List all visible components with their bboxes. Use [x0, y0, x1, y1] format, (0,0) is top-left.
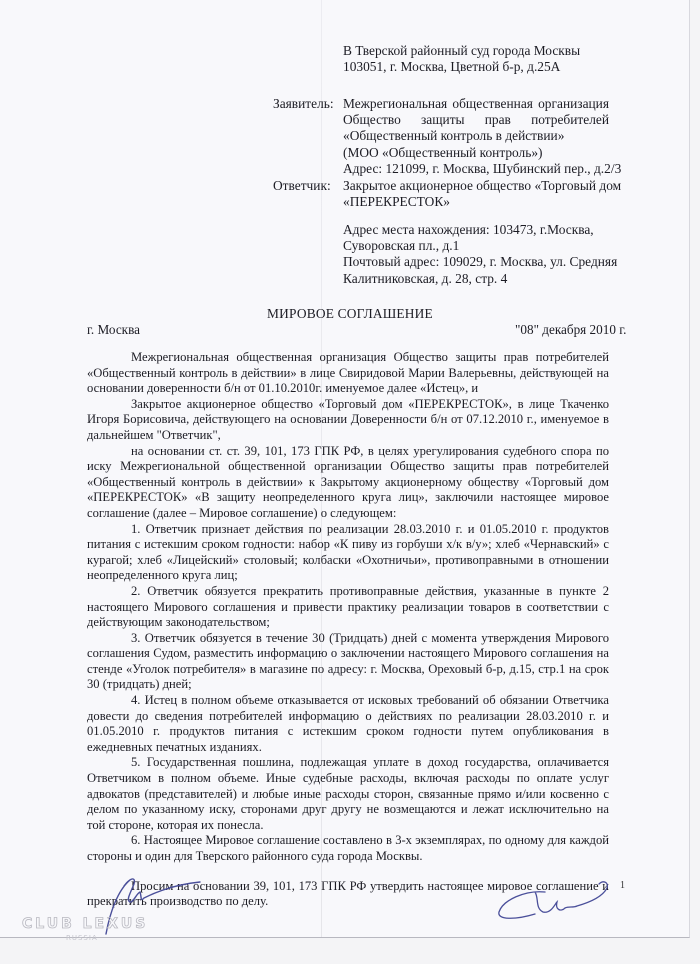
clause-2: 2. Ответчик обязуется прекратить противо… [87, 584, 609, 631]
respondent-name-block: Закрытое акционерное общество «Торговый … [343, 178, 643, 210]
clause-4: 4. Истец в полном объеме отказывается от… [87, 693, 609, 755]
paragraph-defendant: Закрытое акционерное общество «Торговый … [87, 397, 609, 444]
clause-5: 5. Государственная пошлина, подлежащая у… [87, 755, 609, 833]
respondent-address-line: Калитниковская, д. 28, стр. 4 [343, 271, 643, 287]
applicant-line: Межрегиональная общественная организация [343, 96, 609, 112]
court-address: 103051, г. Москва, Цветной б-р, д.25А [343, 59, 580, 75]
respondent-label: Ответчик: [273, 178, 331, 194]
respondent-name-line: Закрытое акционерное общество «Торговый … [343, 178, 643, 194]
document-title: МИРОВОЕ СОГЛАШЕНИЕ [0, 306, 700, 322]
respondent-address-line: Адрес места нахождения: 103473, г.Москва… [343, 222, 643, 238]
document-date: "08" декабря 2010 г. [515, 322, 626, 338]
page-number: 1 [620, 880, 625, 891]
document-place: г. Москва [87, 322, 140, 338]
applicant-address: Адрес: 121099, г. Москва, Шубинский пер.… [343, 161, 609, 177]
applicant-line: (МОО «Общественный контроль») [343, 145, 609, 161]
paragraph-plaintiff: Межрегиональная общественная организация… [87, 350, 609, 397]
respondent-address-line: Суворовская пл., д.1 [343, 238, 643, 254]
closing-request: Просим на основании 39, 101, 173 ГПК РФ … [87, 879, 609, 910]
document-body: Межрегиональная общественная организация… [87, 350, 609, 910]
document-page: В Тверской районный суд города Москвы 10… [0, 0, 690, 938]
applicant-label: Заявитель: [273, 96, 334, 112]
respondent-address-block: Адрес места нахождения: 103473, г.Москва… [343, 222, 643, 287]
applicant-block: Межрегиональная общественная организация… [343, 96, 609, 177]
court-address-block: В Тверской районный суд города Москвы 10… [343, 43, 580, 75]
applicant-line: «Общественный контроль в действии» [343, 128, 609, 144]
respondent-name-line: «ПЕРЕКРЕСТОК» [343, 194, 643, 210]
clause-3: 3. Ответчик обязуется в течение 30 (Трид… [87, 631, 609, 693]
respondent-address-line: Почтовый адрес: 109029, г. Москва, ул. С… [343, 254, 643, 270]
watermark-logo: CLUB LEXUS [22, 916, 148, 932]
clause-6: 6. Настоящее Мировое соглашение составле… [87, 833, 609, 864]
watermark-subtitle: RUSSIA [66, 934, 98, 942]
clause-1: 1. Ответчик признает действия по реализа… [87, 522, 609, 584]
court-name: В Тверской районный суд города Москвы [343, 43, 580, 59]
paragraph-basis: на основании ст. ст. 39, 101, 173 ГПК РФ… [87, 444, 609, 522]
applicant-line: Общество защиты прав потребителей [343, 112, 609, 128]
